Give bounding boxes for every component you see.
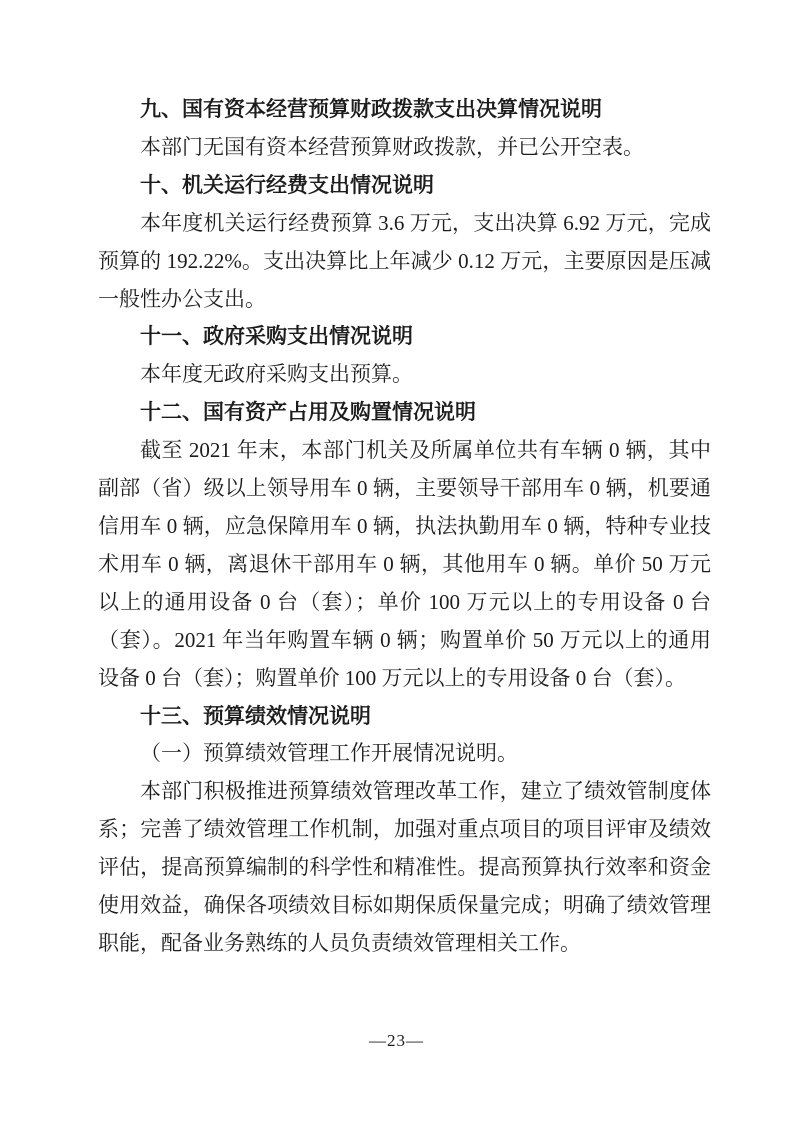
- document-body: 九、国有资本经营预算财政拨款支出决算情况说明 本部门无国有资本经营预算财政拨款，…: [98, 91, 711, 963]
- document-page: 九、国有资本经营预算财政拨款支出决算情况说明 本部门无国有资本经营预算财政拨款，…: [0, 0, 793, 1122]
- section-heading-13: 十三、预算绩效情况说明: [98, 698, 711, 736]
- section-9-paragraph: 本部门无国有资本经营预算财政拨款，并已公开空表。: [98, 129, 711, 167]
- section-10-paragraph: 本年度机关运行经费预算 3.6 万元，支出决算 6.92 万元，完成预算的 19…: [98, 205, 711, 319]
- section-heading-9: 九、国有资本经营预算财政拨款支出决算情况说明: [98, 91, 711, 129]
- page-number: —23—: [0, 1031, 793, 1051]
- section-heading-12: 十二、国有资产占用及购置情况说明: [98, 394, 711, 432]
- section-13-paragraph: 本部门积极推进预算绩效管理改革工作，建立了绩效管制度体系；完善了绩效管理工作机制…: [98, 773, 711, 963]
- section-heading-10: 十、机关运行经费支出情况说明: [98, 167, 711, 205]
- section-13-subheading: （一）预算绩效管理工作开展情况说明。: [98, 735, 711, 773]
- section-heading-11: 十一、政府采购支出情况说明: [98, 318, 711, 356]
- section-12-paragraph: 截至 2021 年末，本部门机关及所属单位共有车辆 0 辆，其中副部（省）级以上…: [98, 432, 711, 697]
- section-11-paragraph: 本年度无政府采购支出预算。: [98, 356, 711, 394]
